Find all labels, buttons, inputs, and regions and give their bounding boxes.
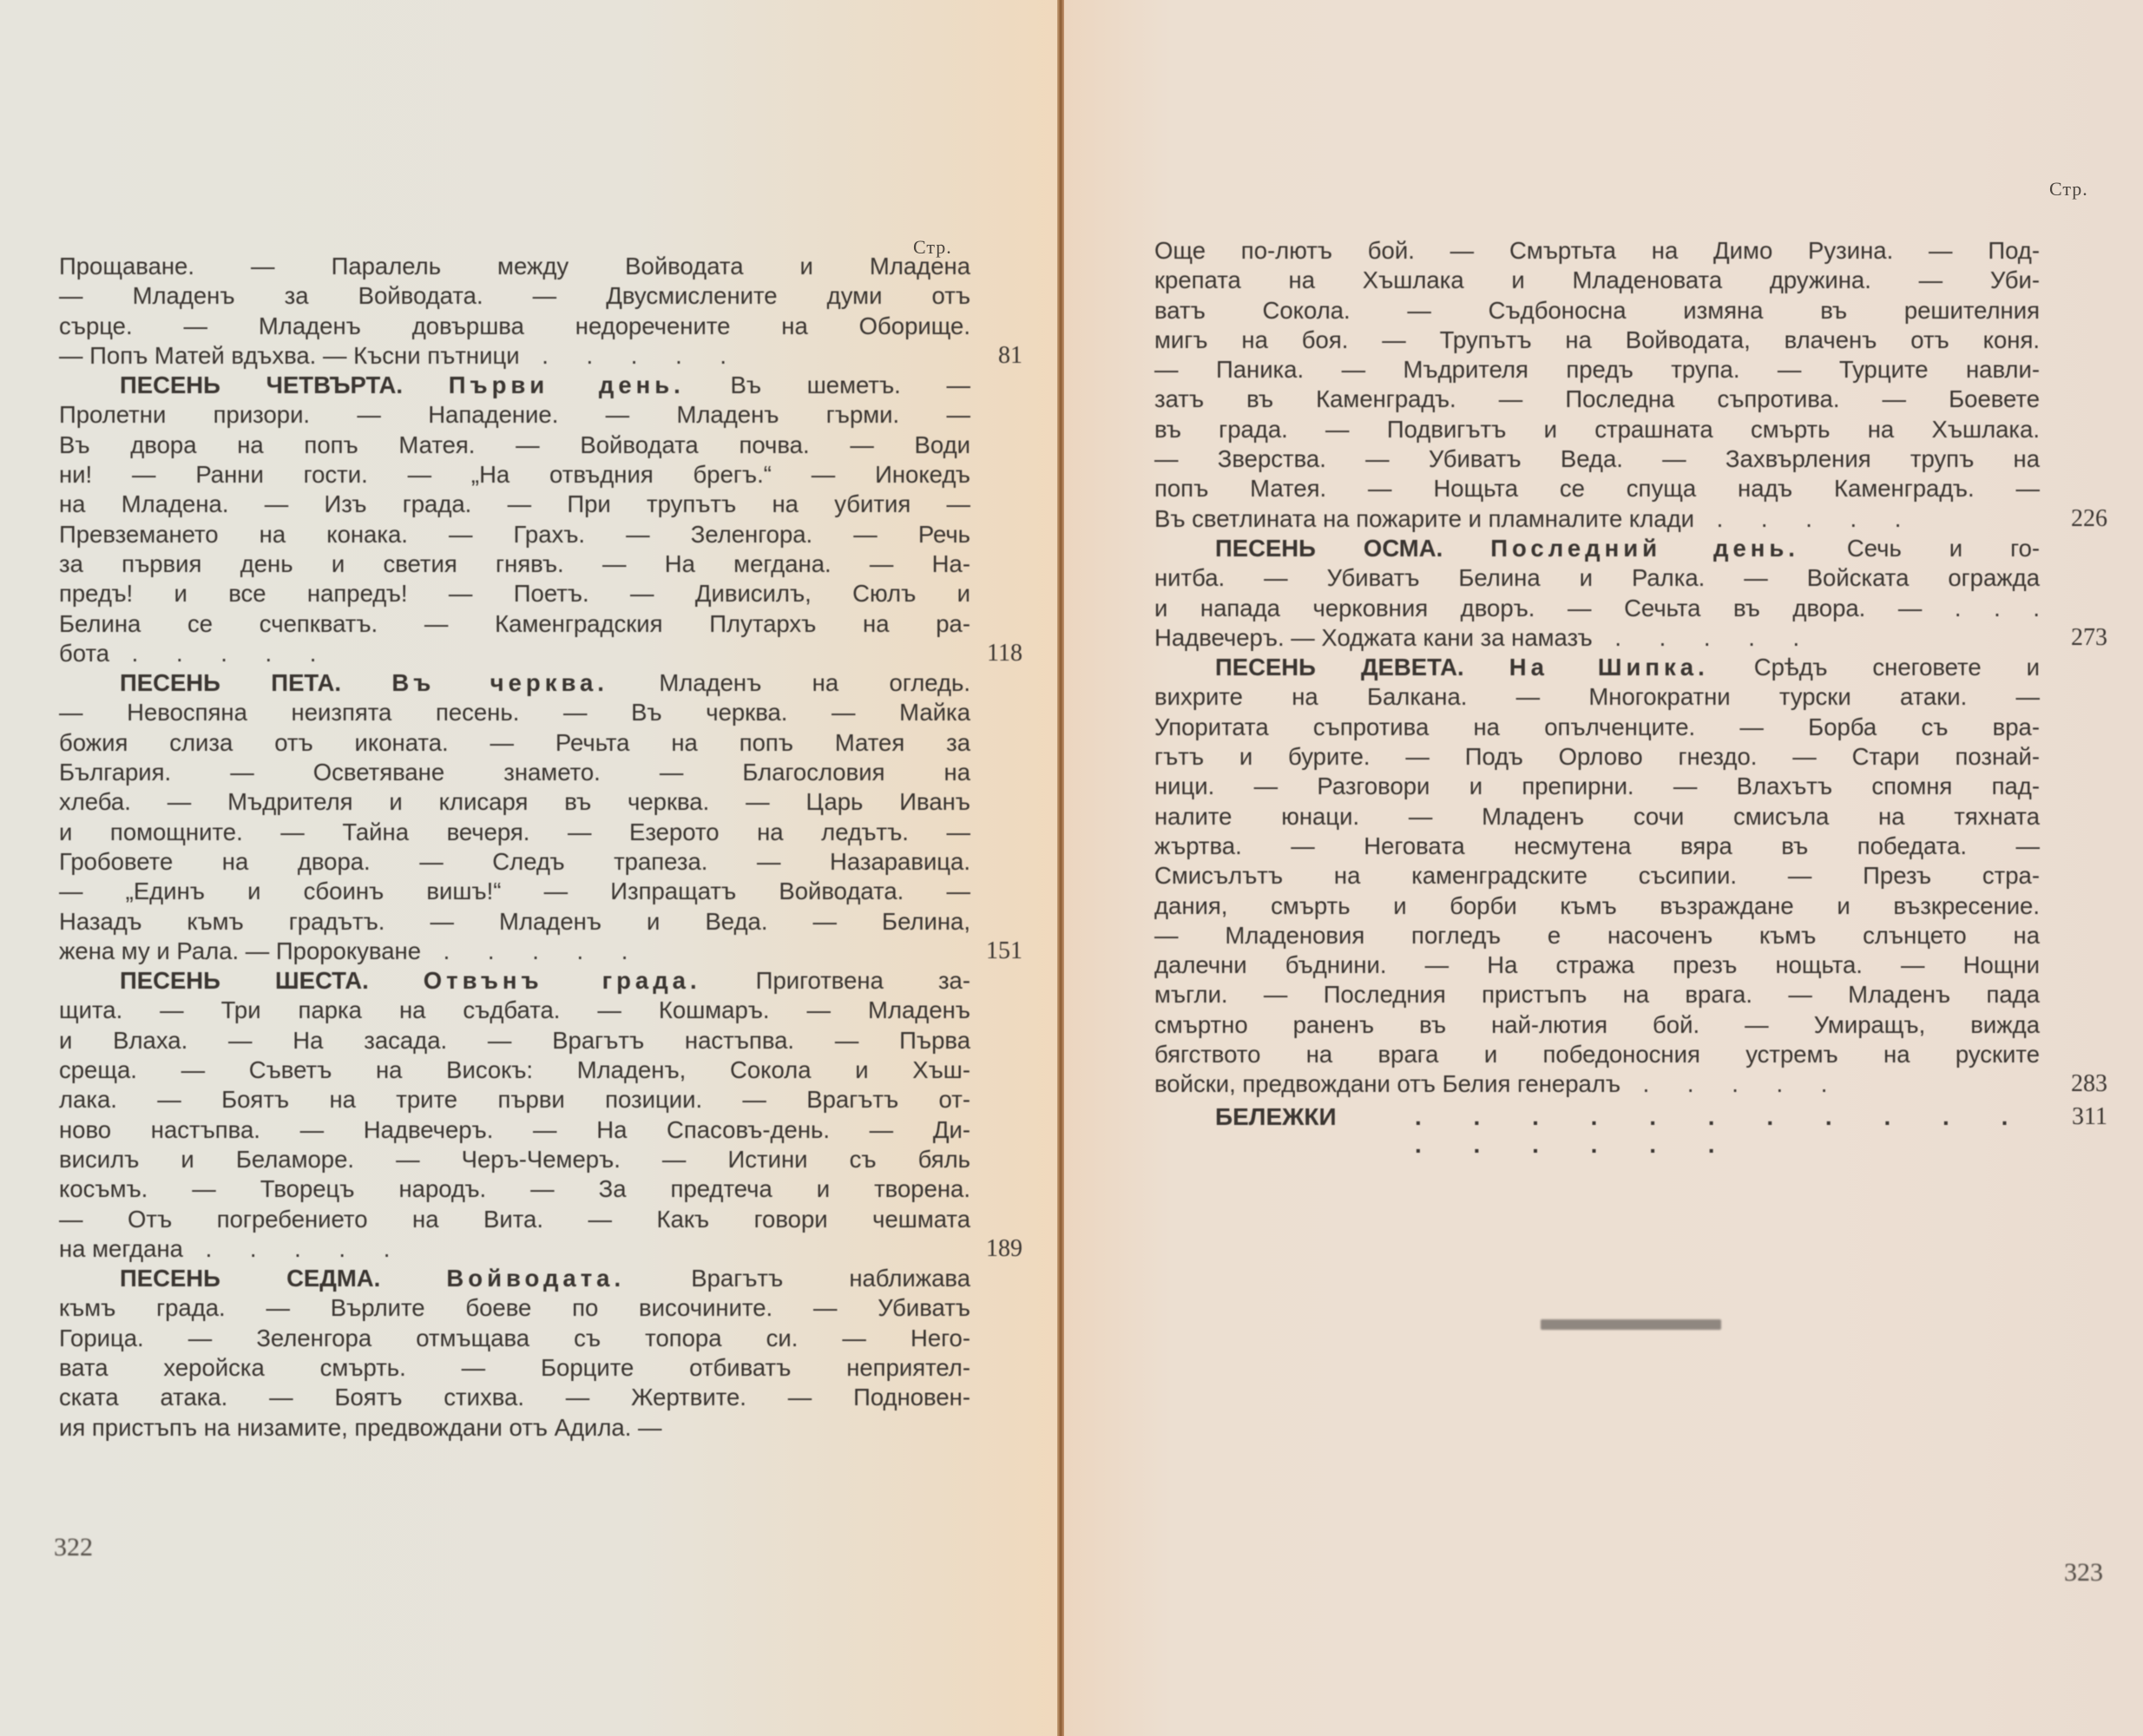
toc-line: жъртва. — Неговата несмутена вяра въ поб… [1154, 832, 2040, 861]
toc-line-text: — Отъ погребението на Вита. — Какъ говор… [59, 1206, 970, 1233]
chapter-subtitle: Отвънъ града. [424, 967, 701, 994]
toc-page-number: 81 [998, 341, 1022, 371]
toc-line: висилъ и Беламоре. — Черъ-Чемеръ. — Исти… [59, 1145, 970, 1174]
toc-line-text: — Паника. — Мъдрителя предъ трупа. — Тур… [1154, 356, 2040, 383]
toc-line-text: ново настъпва. — Надвечеръ. — На Спасовъ… [59, 1116, 970, 1143]
toc-line-text: Надвечеръ. — Ходжата кани за намазъ [1154, 624, 1593, 651]
toc-entry: ПЕСЕНЬ ШЕСТА. Отвънъ града. Приготвена з… [59, 966, 970, 1264]
toc-entry: ПЕСЕНЬ ОСМА. Последний день. Сечь и го-н… [1154, 534, 2040, 653]
toc-line-text: България. — Осветяване знамето. — Благос… [59, 759, 970, 786]
dot-leader: . . . . . [520, 342, 742, 369]
toc-line: Назадъ къмъ градътъ. — Младенъ и Веда. —… [59, 907, 970, 937]
chapter-heading: ПЕСЕНЬ СЕДМА. [120, 1265, 380, 1292]
toc-line: ПЕСЕНЬ СЕДМА. Войводата. Врагътъ наближа… [59, 1264, 970, 1293]
toc-line-text: Приготвена за- [756, 967, 970, 994]
toc-line-text: Пролетни призори. — Нападение. — Младенъ… [59, 401, 970, 428]
toc-line: ПЕСЕНЬ ДЕВЕТА. На Шипка. Срѣдъ снеговете… [1154, 653, 2040, 682]
toc-right-column: Още по-лютъ бой. — Смъртьта на Димо Рузи… [1154, 236, 2040, 1138]
chapter-heading: ПЕСЕНЬ ПЕТА. [120, 669, 341, 696]
page-column-label: Стр. [2049, 178, 2088, 201]
toc-line-text: ия пристъпъ на низамите, предвождани отъ… [59, 1414, 662, 1441]
toc-line-text: Врагътъ наближава [691, 1265, 970, 1292]
toc-entry: ПЕСЕНЬ ДЕВЕТА. На Шипка. Срѣдъ снеговете… [1154, 653, 2040, 1099]
toc-line: Въ двора на попъ Матея. — Войводата почв… [59, 431, 970, 460]
toc-line: лака. — Боятъ на трите първи позиции. — … [59, 1085, 970, 1115]
toc-line: бягството на врага и победоносния устрем… [1154, 1040, 2040, 1069]
toc-page-number: 311 [2072, 1103, 2107, 1131]
toc-page-number: 151 [986, 937, 1022, 966]
toc-line-text: смъртно раненъ въ най-лютия бой. — Умира… [1154, 1011, 2040, 1038]
page-number-right: 323 [2064, 1558, 2103, 1588]
toc-line-text: среща. — Съветъ на Високъ: Младенъ, Соко… [59, 1056, 970, 1083]
page-number-left: 322 [54, 1533, 93, 1562]
chapter-subtitle: Войводата. [446, 1265, 625, 1292]
toc-line: предъ! и все напредъ! — Поетъ. — Дивисил… [59, 579, 970, 608]
toc-line-text: божия слиза отъ иконата. — Речьта на поп… [59, 729, 970, 756]
toc-line-text: нитба. — Убиватъ Белина и Ралка. — Войск… [1154, 564, 2040, 591]
toc-line: вата херойска смърть. — Борците отбиватъ… [59, 1353, 970, 1383]
toc-line-text: къмъ града. — Върлите боеве по височинит… [59, 1294, 970, 1321]
toc-line-text: сърце. — Младенъ довършва недоречените н… [59, 312, 970, 339]
toc-line: — Паника. — Мъдрителя предъ трупа. — Тур… [1154, 355, 2040, 385]
toc-line: щита. — Три парка на съдбата. — Кошмаръ.… [59, 996, 970, 1025]
toc-line-text: и напада черковния дворъ. — Сечьта въ дв… [1154, 595, 2040, 621]
toc-line-text: — Младенъ за Войводата. — Двусмислените … [59, 282, 970, 309]
toc-line: далечни бъднини. — На стража презъ нощьт… [1154, 950, 2040, 980]
chapter-heading: ПЕСЕНЬ ШЕСТА. [120, 967, 369, 994]
toc-entry: Още по-лютъ бой. — Смъртьта на Димо Рузи… [1154, 236, 2040, 534]
toc-line-text: Срѣдъ снеговете и [1754, 654, 2040, 681]
toc-line: Смисълътъ на каменградските съсипии. — П… [1154, 861, 2040, 891]
toc-line-text: — Младеновия погледъ е насоченъ къмъ слъ… [1154, 922, 2040, 949]
chapter-subtitle: Последний день. [1490, 535, 1799, 562]
toc-line: Въ светлината на пожарите и пламналите к… [1154, 504, 2040, 534]
toc-line: ватъ Сокола. — Съдбоносна измяна въ реши… [1154, 296, 2040, 325]
toc-line: въ града. — Подвигътъ и страшната смърть… [1154, 415, 2040, 444]
toc-line-text: на Младена. — Изъ града. — При трупътъ н… [59, 490, 970, 517]
toc-line: гътъ и бурите. — Подъ Орлово гнездо. — С… [1154, 742, 2040, 772]
toc-line: къмъ града. — Върлите боеве по височинит… [59, 1293, 970, 1323]
book-gutter [1057, 0, 1064, 1736]
toc-line-text: Въ шеметъ. — [730, 372, 970, 398]
toc-line: и Влаха. — На засада. — Врагътъ настъпва… [59, 1026, 970, 1055]
toc-line: Пролетни призори. — Нападение. — Младенъ… [59, 400, 970, 430]
chapter-heading: ПЕСЕНЬ ОСМА. [1215, 535, 1443, 562]
toc-line: ници. — Разговори и препирни. — Влахътъ … [1154, 772, 2040, 801]
toc-line-text: косъмъ. — Творецъ народъ. — За предтеча … [59, 1175, 970, 1202]
toc-line-text: Сечь и го- [1847, 535, 2040, 562]
chapter-heading: ПЕСЕНЬ ЧЕТВЪРТА. [120, 372, 403, 398]
toc-line-text: попъ Матея. — Нощьта се спуща надъ Камен… [1154, 475, 2040, 502]
toc-line-text: — Попъ Матей вдъхва. — Късни пътници [59, 342, 520, 369]
toc-line-text: мигъ на боя. — Трупътъ на Войводата, вла… [1154, 326, 2040, 353]
toc-entry: ПЕСЕНЬ ЧЕТВЪРТА. Първи день. Въ шеметъ. … [59, 371, 970, 668]
toc-entry: ПЕСЕНЬ СЕДМА. Войводата. Врагътъ наближа… [59, 1264, 970, 1443]
toc-line-text: лака. — Боятъ на трите първи позиции. — … [59, 1086, 970, 1113]
toc-line: Белина се счепкватъ. — Каменградския Плу… [59, 609, 970, 639]
toc-line: хлеба. — Мъдрителя и клисаря въ черква. … [59, 787, 970, 817]
toc-line-text: за първия день и светия гнявъ. — На мегд… [59, 550, 970, 577]
notes-heading: БЕЛЕЖКИ [1215, 1103, 1337, 1131]
toc-line: — Невоспяна неизпята песень. — Въ черква… [59, 698, 970, 727]
toc-left-column: Прощаване. — Паралель между Войводата и … [59, 252, 970, 1443]
toc-line: вихрите на Балкана. — Многократни турски… [1154, 682, 2040, 712]
toc-line: ново настъпва. — Надвечеръ. — На Спасовъ… [59, 1115, 970, 1145]
toc-line: ската атака. — Боятъ стихва. — Жертвите.… [59, 1383, 970, 1412]
toc-line: Надвечеръ. — Ходжата кани за намазъ . . … [1154, 623, 2040, 653]
toc-line: Превземането на конака. — Грахъ. — Зелен… [59, 520, 970, 549]
chapter-subtitle: На Шипка. [1509, 654, 1709, 681]
toc-line-text: Въ двора на попъ Матея. — Войводата почв… [59, 431, 970, 458]
toc-line: среща. — Съветъ на Високъ: Младенъ, Соко… [59, 1055, 970, 1085]
toc-page-number: 226 [2071, 504, 2107, 534]
toc-line: ПЕСЕНЬ ПЕТА. Въ черква. Младенъ на оглед… [59, 668, 970, 698]
toc-line: — Младеновия погледъ е насоченъ къмъ слъ… [1154, 921, 2040, 950]
toc-line: на мегдана . . . . . [59, 1234, 970, 1264]
toc-line-text: Въ светлината на пожарите и пламналите к… [1154, 505, 1694, 532]
toc-line-text: затъ въ Каменградъ. — Последна съпротива… [1154, 385, 2040, 412]
toc-line-text: Назадъ къмъ градътъ. — Младенъ и Веда. —… [59, 908, 970, 935]
dot-leader: . . . . . . . . . . . . . . . . . [1415, 1103, 2040, 1159]
toc-line-text: жена му и Рала. — Пророкуване [59, 937, 421, 964]
toc-page-number: 273 [2071, 623, 2107, 653]
toc-line-text: ни! — Ранни гости. — „На отвъдния брегъ.… [59, 461, 970, 488]
toc-line-text: Гробовете на двора. — Следъ трапеза. — Н… [59, 848, 970, 875]
toc-line: косъмъ. — Творецъ народъ. — За предтеча … [59, 1174, 970, 1204]
toc-line-text: на мегдана [59, 1235, 183, 1262]
toc-line: Прощаване. — Паралель между Войводата и … [59, 252, 970, 281]
toc-line-text: мъгли. — Последния пристъпъ на врага. — … [1154, 981, 2040, 1008]
toc-entry: Прощаване. — Паралель между Войводата и … [59, 252, 970, 371]
toc-line-text: предъ! и все напредъ! — Поетъ. — Дивисил… [59, 580, 970, 607]
toc-line: налите юнаци. — Младенъ сочи смисъла на … [1154, 802, 2040, 832]
toc-line-text: Горица. — Зеленгора отмъщава съ топора с… [59, 1325, 970, 1351]
dot-leader: . . . . . [421, 937, 643, 964]
toc-line-text: бягството на врага и победоносния устрем… [1154, 1041, 2040, 1068]
toc-line-text: вата херойска смърть. — Борците отбиватъ… [59, 1354, 970, 1381]
toc-line: нитба. — Убиватъ Белина и Ралка. — Войск… [1154, 563, 2040, 593]
toc-line-text: дания, смърть и борби къмъ възраждане и … [1154, 892, 2040, 919]
toc-line: ПЕСЕНЬ ШЕСТА. Отвънъ града. Приготвена з… [59, 966, 970, 996]
toc-line-text: крепата на Хъшлака и Младеновата дружина… [1154, 266, 2040, 293]
toc-line: — Попъ Матей вдъхва. — Късни пътници . .… [59, 341, 970, 371]
toc-line: войски, предвождани отъ Белия генералъ .… [1154, 1069, 2040, 1099]
toc-line: смъртно раненъ въ най-лютия бой. — Умира… [1154, 1010, 2040, 1040]
toc-line-text: — Невоспяна неизпята песень. — Въ черква… [59, 699, 970, 726]
toc-line-text: щита. — Три парка на съдбата. — Кошмаръ.… [59, 996, 970, 1023]
toc-line: Гробовете на двора. — Следъ трапеза. — Н… [59, 847, 970, 877]
toc-line: — Отъ погребението на Вита. — Какъ говор… [59, 1205, 970, 1234]
toc-line: — Младенъ за Войводата. — Двусмислените … [59, 281, 970, 311]
toc-entry-notes: БЕЛЕЖКИ. . . . . . . . . . . . . . . . .… [1154, 1103, 2040, 1138]
dot-leader: . . . . . [1593, 624, 1815, 651]
dot-leader: . . . . . [1694, 505, 1916, 532]
toc-line: и напада черковния дворъ. — Сечьта въ дв… [1154, 594, 2040, 623]
toc-line: попъ Матея. — Нощьта се спуща надъ Камен… [1154, 474, 2040, 503]
toc-line: мъгли. — Последния пристъпъ на врага. — … [1154, 980, 2040, 1009]
chapter-heading: ПЕСЕНЬ ДЕВЕТА. [1215, 654, 1464, 681]
toc-line-text: вихрите на Балкана. — Многократни турски… [1154, 683, 2040, 710]
toc-line: жена му и Рала. — Пророкуване . . . . . [59, 937, 970, 966]
toc-line: — Зверства. — Убиватъ Веда. — Захвърлени… [1154, 444, 2040, 474]
toc-line: бота . . . . . [59, 639, 970, 668]
dot-leader: . . . . . [1620, 1070, 1843, 1097]
toc-line-text: жъртва. — Неговата несмутена вяра въ поб… [1154, 832, 2040, 859]
toc-line: ПЕСЕНЬ ЧЕТВЪРТА. Първи день. Въ шеметъ. … [59, 371, 970, 400]
toc-line: божия слиза отъ иконата. — Речьта на поп… [59, 728, 970, 758]
toc-line-text: Смисълътъ на каменградските съсипии. — П… [1154, 862, 2040, 889]
toc-line-text: налите юнаци. — Младенъ сочи смисъла на … [1154, 803, 2040, 830]
toc-line: и помощните. — Тайна вечеря. — Езерото н… [59, 818, 970, 847]
toc-line-text: — „Единъ и сбоинъ вишъ!“ — Изпращатъ Вой… [59, 878, 970, 904]
toc-line: ПЕСЕНЬ ОСМА. Последний день. Сечь и го- [1154, 534, 2040, 563]
toc-line: сърце. — Младенъ довършва недоречените н… [59, 312, 970, 341]
toc-line: — „Единъ и сбоинъ вишъ!“ — Изпращатъ Вой… [59, 877, 970, 906]
toc-entry: ПЕСЕНЬ ПЕТА. Въ черква. Младенъ на оглед… [59, 668, 970, 966]
toc-line: България. — Осветяване знамето. — Благос… [59, 758, 970, 787]
toc-line-text: въ града. — Подвигътъ и страшната смърть… [1154, 416, 2040, 443]
dot-leader: . . . . . [109, 640, 332, 667]
toc-line-text: Още по-лютъ бой. — Смъртьта на Димо Рузи… [1154, 237, 2040, 264]
toc-line-text: Превземането на конака. — Грахъ. — Зелен… [59, 521, 970, 548]
left-page: Стр. Прощаване. — Паралель между Войвода… [0, 0, 1061, 1736]
chapter-subtitle: Въ черква. [391, 669, 608, 696]
toc-page-number: 283 [2071, 1069, 2107, 1099]
toc-line: мигъ на боя. — Трупътъ на Войводата, вла… [1154, 325, 2040, 355]
toc-line: затъ въ Каменградъ. — Последна съпротива… [1154, 385, 2040, 414]
toc-line-text: хлеба. — Мъдрителя и клисаря въ черква. … [59, 788, 970, 815]
toc-line: Горица. — Зеленгора отмъщава съ топора с… [59, 1324, 970, 1353]
toc-line: Упоритата съпротива на опълченците. — Бо… [1154, 713, 2040, 742]
toc-line-text: — Зверства. — Убиватъ Веда. — Захвърлени… [1154, 445, 2040, 472]
toc-line: ия пристъпъ на низамите, предвождани отъ… [59, 1413, 970, 1443]
toc-line-text: Прощаване. — Паралель между Войводата и … [59, 253, 970, 279]
dot-leader: . . . . . [183, 1235, 405, 1262]
toc-line: ни! — Ранни гости. — „На отвъдния брегъ.… [59, 460, 970, 490]
toc-line-text: и Влаха. — На засада. — Врагътъ настъпва… [59, 1027, 970, 1054]
toc-line-text: Белина се счепкватъ. — Каменградския Плу… [59, 610, 970, 637]
section-divider-rule [1541, 1319, 1721, 1330]
toc-line: дания, смърть и борби къмъ възраждане и … [1154, 891, 2040, 921]
toc-line-text: Младенъ на огледь. [659, 669, 970, 696]
toc-line: Още по-лютъ бой. — Смъртьта на Димо Рузи… [1154, 236, 2040, 266]
toc-line-text: бота [59, 640, 109, 667]
toc-line-text: войски, предвождани отъ Белия генералъ [1154, 1070, 1620, 1097]
toc-line-text: и помощните. — Тайна вечеря. — Езерото н… [59, 819, 970, 845]
toc-page-number: 118 [987, 639, 1022, 668]
toc-line-text: ската атака. — Боятъ стихва. — Жертвите.… [59, 1384, 970, 1410]
toc-line: на Младена. — Изъ града. — При трупътъ н… [59, 490, 970, 519]
toc-line-text: ватъ Сокола. — Съдбоносна измяна въ реши… [1154, 297, 2040, 324]
toc-line-text: далечни бъднини. — На стража презъ нощьт… [1154, 951, 2040, 978]
toc-page-number: 189 [986, 1234, 1022, 1264]
toc-line: крепата на Хъшлака и Младеновата дружина… [1154, 266, 2040, 295]
toc-line-text: ници. — Разговори и препирни. — Влахътъ … [1154, 773, 2040, 799]
chapter-subtitle: Първи день. [449, 372, 685, 398]
toc-line-text: Упоритата съпротива на опълченците. — Бо… [1154, 713, 2040, 740]
toc-line: за първия день и светия гнявъ. — На мегд… [59, 549, 970, 579]
toc-line-text: гътъ и бурите. — Подъ Орлово гнездо. — С… [1154, 743, 2040, 770]
toc-line-text: висилъ и Беламоре. — Черъ-Чемеръ. — Исти… [59, 1146, 970, 1173]
